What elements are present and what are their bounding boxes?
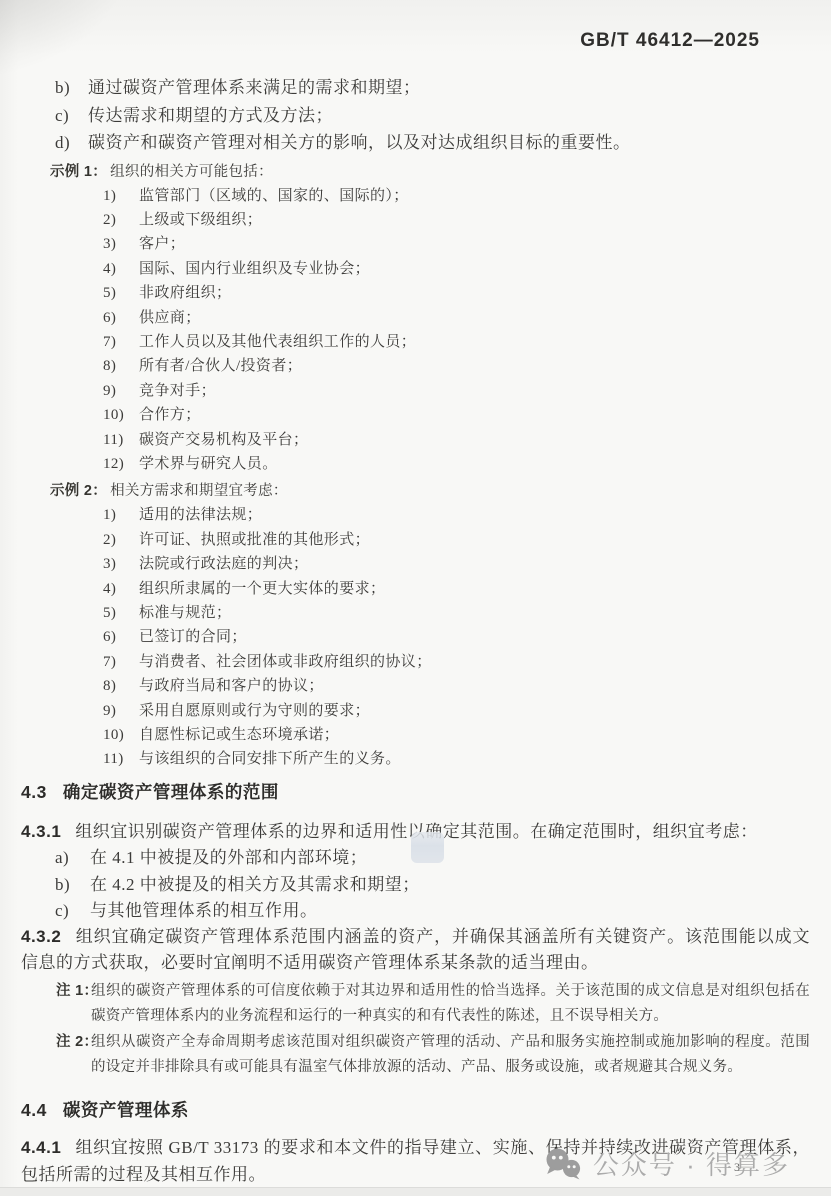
clause-text: 组织宜确定碳资产管理体系范围内涵盖的资产，并确保其涵盖所有关键资产。该范围能以成… [21,927,810,972]
list-item-text: 标准与规范； [139,601,231,625]
list-item-number: 9) [103,699,129,723]
list-item-number: 2) [103,528,129,552]
list-item: 1) 适用的法律法规； [103,503,810,527]
list-item: 10) 自愿性标记或生态环境承诺； [103,723,810,747]
list-item-text: 采用自愿原则或行为守则的要求； [139,699,370,723]
list-item: 4) 国际、国内行业组织及专业协会； [103,257,810,281]
list-item-text: 碳资产交易机构及平台； [139,428,308,452]
list-item-text: 通过碳资产管理体系来满足的需求和期望； [88,74,421,102]
example-1-intro: 组织的相关方可能包括： [110,164,273,180]
list-item-number: 3) [103,552,129,576]
list-item: 12) 学术界与研究人员。 [103,452,810,476]
list-item: 5) 标准与规范； [103,601,810,625]
list-item: 4) 组织所隶属的一个更大实体的要求； [103,577,810,601]
list-item-number: 7) [103,330,129,354]
example-1-label: 示例 1： [50,164,107,180]
list-item: 2) 上级或下级组织； [103,208,810,232]
list-item: 7) 工作人员以及其他代表组织工作的人员； [103,330,810,354]
list-item: d) 碳资产和碳资产管理对相关方的影响，以及对达成组织目标的重要性。 [55,129,810,157]
list-item-label: b) [55,74,88,102]
list-item-text: 合作方； [139,403,201,427]
list-item-text: 已签订的合同； [139,625,247,649]
list-item: c) 传达需求和期望的方式及方法； [55,102,810,130]
list-item: 3) 客户； [103,232,810,256]
section-title: 确定碳资产管理体系的范围 [63,782,279,802]
list-item-label: a) [55,845,90,871]
list-item-number: 2) [103,208,129,232]
doc-number: GB/T 46412—2025 [580,30,760,51]
list-item: 11) 碳资产交易机构及平台； [103,428,810,452]
list-item: c) 与其他管理体系的相互作用。 [55,898,810,924]
example-2-heading: 示例 2：相关方需求和期望宜考虑： [50,479,810,503]
list-item-label: c) [55,898,90,924]
list-item-number: 8) [103,354,129,378]
list-item-text: 碳资产和碳资产管理对相关方的影响，以及对达成组织目标的重要性。 [88,129,631,157]
list-item-text: 与该组织的合同安排下所产生的义务。 [139,747,401,771]
example-2-intro: 相关方需求和期望宜考虑： [110,483,288,499]
example-2-block: 示例 2：相关方需求和期望宜考虑： 1) 适用的法律法规； 2) 许可证、执照或… [21,479,810,771]
list-item-number: 5) [103,601,129,625]
list-item: 2) 许可证、执照或批准的其他形式； [103,528,810,552]
list-item-text: 传达需求和期望的方式及方法； [88,102,333,130]
scan-bottom-edge [0,1187,831,1196]
list-item-text: 与其他管理体系的相互作用。 [90,898,318,924]
example-1-list: 1) 监管部门（区域的、国家的、国际的）； 2) 上级或下级组织； 3) 客户；… [21,184,810,477]
list-item-number: 12) [103,452,129,476]
list-item-text: 所有者/合伙人/投资者； [139,354,302,378]
list-item-number: 7) [103,650,129,674]
section-title: 碳资产管理体系 [63,1100,189,1120]
list-item: 11) 与该组织的合同安排下所产生的义务。 [103,747,810,771]
list-item-text: 与政府当局和客户的协议； [139,674,324,698]
page-content: b) 通过碳资产管理体系来满足的需求和期望； c) 传达需求和期望的方式及方法；… [0,74,831,1189]
list-item-text: 法院或行政法庭的判决； [139,552,308,576]
list-item: b) 在 4.2 中被提及的相关方及其需求和期望； [55,872,810,898]
list-item-number: 3) [103,232,129,256]
list-item-text: 国际、国内行业组织及专业协会； [139,257,370,281]
note: 注 2：组织从碳资产全寿命周期考虑该范围对组织碳资产管理的活动、产品和服务实施控… [21,1030,810,1081]
note-text: 组织从碳资产全寿命周期考虑该范围对组织碳资产管理的活动、产品和服务实施控制或施加… [91,1034,810,1075]
section-4-4-heading: 4.4碳资产管理体系 [21,1097,810,1123]
list-item-text: 自愿性标记或生态环境承诺； [139,723,339,747]
example-1-block: 示例 1：组织的相关方可能包括： 1) 监管部门（区域的、国家的、国际的）； 2… [21,160,810,477]
list-item-text: 客户； [139,232,185,256]
list-item-number: 10) [103,723,129,747]
list-item-text: 适用的法律法规； [139,503,262,527]
list-item-number: 1) [103,184,129,208]
list-item-number: 11) [103,428,129,452]
list-item: 9) 采用自愿原则或行为守则的要求； [103,699,810,723]
list-item-text: 供应商； [139,306,201,330]
list-item-number: 6) [103,625,129,649]
example-2-list: 1) 适用的法律法规； 2) 许可证、执照或批准的其他形式； 3) 法院或行政法… [21,503,810,771]
note-label: 注 2： [56,1030,98,1055]
clause-4-3-2: 4.3.2组织宜确定碳资产管理体系范围内涵盖的资产，并确保其涵盖所有关键资产。该… [21,924,810,976]
wechat-watermark: 公众号 · 得算多 [543,1145,790,1182]
section-number: 4.4 [21,1100,47,1120]
list-item-text: 监管部门（区域的、国家的、国际的）； [139,184,409,208]
list-item-number: 10) [103,403,129,427]
list-item-number: 11) [103,747,129,771]
note-label: 注 1： [56,979,98,1004]
list-item-number: 6) [103,306,129,330]
list-item: 6) 供应商； [103,306,810,330]
list-item-number: 8) [103,674,129,698]
list-item-text: 许可证、执照或批准的其他形式； [139,528,370,552]
list-item-label: b) [55,872,90,898]
list-item-number: 9) [103,379,129,403]
list-item: 5) 非政府组织； [103,281,810,305]
list-item: b) 通过碳资产管理体系来满足的需求和期望； [55,74,810,102]
faint-logo-watermark [411,832,444,863]
list-item-number: 1) [103,503,129,527]
document-page: GB/T 46412—2025 b) 通过碳资产管理体系来满足的需求和期望； c… [0,0,831,1196]
list-item-label: d) [55,129,88,157]
list-item: 8) 所有者/合伙人/投资者； [103,354,810,378]
list-item-text: 非政府组织； [139,281,231,305]
section-number: 4.3 [21,782,47,802]
document-header: GB/T 46412—2025 [0,0,831,53]
example-1-heading: 示例 1：组织的相关方可能包括： [50,160,810,184]
list-item-text: 学术界与研究人员。 [139,452,278,476]
list-item-number: 4) [103,577,129,601]
list-item-number: 5) [103,281,129,305]
clause-number: 4.3.1 [21,822,61,841]
list-item-text: 上级或下级组织； [139,208,262,232]
clause-4-3-2-notes: 注 1：组织的碳资产管理体系的可信度依赖于对其边界和适用性的恰当选择。关于该范围… [21,979,810,1081]
watermark-text: 公众号 · 得算多 [593,1145,790,1182]
section-4-3-heading: 4.3确定碳资产管理体系的范围 [21,779,810,805]
list-item-text: 竞争对手； [139,379,216,403]
clause-number: 4.4.1 [21,1138,61,1157]
list-item: 10) 合作方； [103,403,810,427]
list-item-text: 工作人员以及其他代表组织工作的人员； [139,330,416,354]
page-number: 3 [734,1160,740,1175]
list-item: 3) 法院或行政法庭的判决； [103,552,810,576]
list-item: 1) 监管部门（区域的、国家的、国际的）； [103,184,810,208]
list-item: 9) 竞争对手； [103,379,810,403]
list-item: 6) 已签订的合同； [103,625,810,649]
list-item-text: 组织所隶属的一个更大实体的要求； [139,577,385,601]
list-item-text: 在 4.2 中被提及的相关方及其需求和期望； [90,872,420,898]
note: 注 1：组织的碳资产管理体系的可信度依赖于对其边界和适用性的恰当选择。关于该范围… [21,979,810,1030]
clause-number: 4.3.2 [21,927,61,946]
list-item-text: 与消费者、社会团体或非政府组织的协议； [139,650,432,674]
clause-lettered-list: b) 通过碳资产管理体系来满足的需求和期望； c) 传达需求和期望的方式及方法；… [21,74,810,157]
list-item-label: c) [55,102,88,130]
example-2-label: 示例 2： [50,483,107,499]
list-item-text: 在 4.1 中被提及的外部和内部环境； [90,845,367,871]
list-item: 7) 与消费者、社会团体或非政府组织的协议； [103,650,810,674]
note-text: 组织的碳资产管理体系的可信度依赖于对其边界和适用性的恰当选择。关于该范围的成文信… [91,983,810,1024]
wechat-icon [543,1147,583,1181]
list-item-number: 4) [103,257,129,281]
list-item: 8) 与政府当局和客户的协议； [103,674,810,698]
